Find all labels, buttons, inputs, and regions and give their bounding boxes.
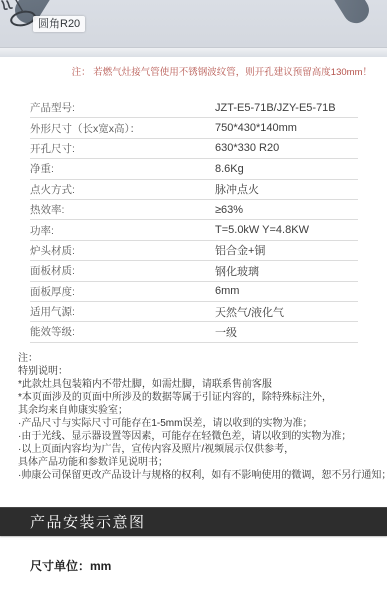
spec-label: 产品型号: <box>30 100 215 115</box>
table-row: 适用气源: 天然气/液化气 <box>30 302 358 322</box>
spec-value: T=5.0kW Y=4.8KW <box>215 224 309 236</box>
table-row: 外形尺寸（长x宽x高）： 750*430*140mm <box>30 118 358 138</box>
spec-label: 热效率: <box>30 202 215 217</box>
spec-table: 产品型号: JZT-E5-71B/JZY-E5-71B 外形尺寸（长x宽x高）：… <box>30 98 358 343</box>
spec-label: 功率: <box>30 223 215 238</box>
spec-label: 面板材质: <box>30 263 215 278</box>
spec-value: 脉冲点火 <box>215 181 259 197</box>
spec-label: 面板厚度: <box>30 284 215 299</box>
notes-title: 注： <box>18 352 373 365</box>
spec-label: 炉头材质: <box>30 243 215 258</box>
spec-label: 外形尺寸（长x宽x高）： <box>30 121 215 136</box>
table-row: 开孔尺寸: 630*330 R20 <box>30 139 358 159</box>
spec-value: JZT-E5-71B/JZY-E5-71B <box>215 102 336 114</box>
handwritten-mark <box>0 0 28 18</box>
spec-value: 一级 <box>215 324 237 340</box>
table-row: 热效率: ≥63% <box>30 200 358 220</box>
note-line: *本页面涉及的页面中所涉及的数据等属于引证内容的，除特殊标注外， <box>18 391 373 404</box>
note-line: 具体产品功能和参数详见说明书； <box>18 456 373 469</box>
spec-label: 适用气源: <box>30 304 215 319</box>
table-row: 面板材质: 钢化玻璃 <box>30 261 358 281</box>
note-line: ·由于光线、显示器设置等因素，可能存在轻微色差，请以收到的实物为准； <box>18 430 373 443</box>
spec-value: 铝合金+铜 <box>215 242 265 258</box>
spec-value: 8.6Kg <box>215 163 244 175</box>
spec-value: ≥63% <box>215 204 243 216</box>
table-row: 产品型号: JZT-E5-71B/JZY-E5-71B <box>30 98 358 118</box>
gas-pipe-note: 注： 若燃气灶接气管使用不锈钢波纹管，则开孔建议预留高度130mm！ <box>0 67 372 79</box>
spec-value: 6mm <box>215 285 239 297</box>
note-line: 其余均来自帅康实验室； <box>18 404 373 417</box>
note-line: ·帅康公司保留更改产品设计与规格的权利，如有不影响使用的微调，恕不另行通知； <box>18 469 373 482</box>
table-row: 炉头材质: 铝合金+铜 <box>30 241 358 261</box>
stove-corner-shape-right <box>304 0 374 28</box>
spec-value: 630*330 R20 <box>215 142 279 154</box>
spec-label: 能效等级: <box>30 324 215 339</box>
spec-value: 钢化玻璃 <box>215 263 259 279</box>
note-line: *此款灶具包装箱内不带灶脚，如需灶脚，请联系售前客服 <box>18 378 373 391</box>
corner-radius-label: 圆角R20 <box>33 16 85 32</box>
dimension-unit-note: 尺寸单位：mm <box>30 557 387 574</box>
disclaimer-notes: 注： 特别说明： *此款灶具包装箱内不带灶脚，如需灶脚，请联系售前客服 *本页面… <box>18 352 373 482</box>
spec-value: 750*430*140mm <box>215 122 297 134</box>
spec-value: 天然气/液化气 <box>215 304 284 320</box>
section-banner-installation: 产品安装示意图 <box>0 507 387 536</box>
table-row: 功率: T=5.0kW Y=4.8KW <box>30 220 358 240</box>
table-row: 净重: 8.6Kg <box>30 159 358 179</box>
spec-label: 开孔尺寸: <box>30 141 215 156</box>
note-line: ·产品尺寸与实际尺寸可能存在1-5mm误差，请以收到的实物为准； <box>18 417 373 430</box>
spec-label: 点火方式: <box>30 182 215 197</box>
note-line: ·以上页面内容均为广告，宣传内容及照片/视频展示仅供参考， <box>18 443 373 456</box>
table-row: 点火方式: 脉冲点火 <box>30 180 358 200</box>
product-spec-page: { "colors": { "note_red": "#b5534c", "ba… <box>0 0 387 600</box>
spec-label: 净重: <box>30 161 215 176</box>
countertop-edge <box>0 47 387 57</box>
table-row: 能效等级: 一级 <box>30 322 358 342</box>
cutout-diagram-bottom: 圆角R20 <box>0 0 387 57</box>
table-row: 面板厚度: 6mm <box>30 282 358 302</box>
notes-subtitle: 特别说明： <box>18 365 373 378</box>
